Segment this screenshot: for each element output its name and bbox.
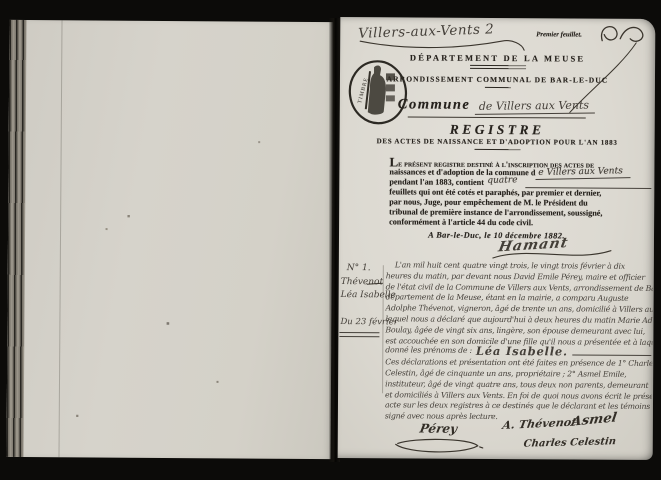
dateline: A Bar-le-Duc, le 10 décembre 1882. <box>339 230 654 241</box>
register-scan: Villers-aux-Vents 2 Premier feuillet. DÉ… <box>0 0 661 480</box>
register-title-page: Villers-aux-Vents 2 Premier feuillet. DÉ… <box>338 17 656 460</box>
revenue-stamp-icon: TIMBRE <box>346 57 410 127</box>
dust-specks <box>10 20 11 21</box>
commune-line: Commune de Villers aux Vents <box>398 95 595 114</box>
act-number: N° 1. <box>347 263 371 273</box>
act-line: signé avec nous après lecture. <box>385 412 498 422</box>
arrondissement-rule <box>484 87 510 88</box>
left-blank-page <box>6 20 333 459</box>
mayor-paraphe-icon <box>390 434 486 455</box>
child-name: Léa Isabelle. <box>476 346 568 357</box>
preamble-line-7: conformément à l'article 44 du code civi… <box>389 217 651 228</box>
witness1-signature: Charles Celestin <box>523 436 617 450</box>
act-name-line: donné les prénoms de : Léa Isabelle. <box>385 345 651 357</box>
department-rule <box>470 65 526 69</box>
witness2-signature: Asmel <box>570 410 618 429</box>
page-crease <box>58 20 62 457</box>
margin-double-rule <box>339 332 379 337</box>
commune-handwritten-value: de Villers aux Vents <box>474 99 594 115</box>
commune-rule <box>408 116 586 118</box>
act-body: L'an mil huit cent quatre vingt trois, l… <box>384 260 653 422</box>
commune-printed-label: Commune <box>398 96 471 112</box>
register-title: REGISTRE <box>340 121 655 139</box>
preamble-line-3-print: pendant l'an 1883, contient <box>389 177 484 187</box>
register-subtitle: DES ACTES DE NAISSANCE ET D'ADOPTION POU… <box>340 137 655 147</box>
binding-page-edges <box>6 20 26 457</box>
declarant-signature: A. Thévenot <box>501 416 577 432</box>
sheet-count-handwritten: quatre <box>484 176 525 186</box>
name-line-prefix: donné les prénoms de : <box>385 345 472 356</box>
subtitle-rule <box>474 149 520 150</box>
blank-fill-rule <box>525 180 651 189</box>
name-fill-rule <box>572 354 651 355</box>
